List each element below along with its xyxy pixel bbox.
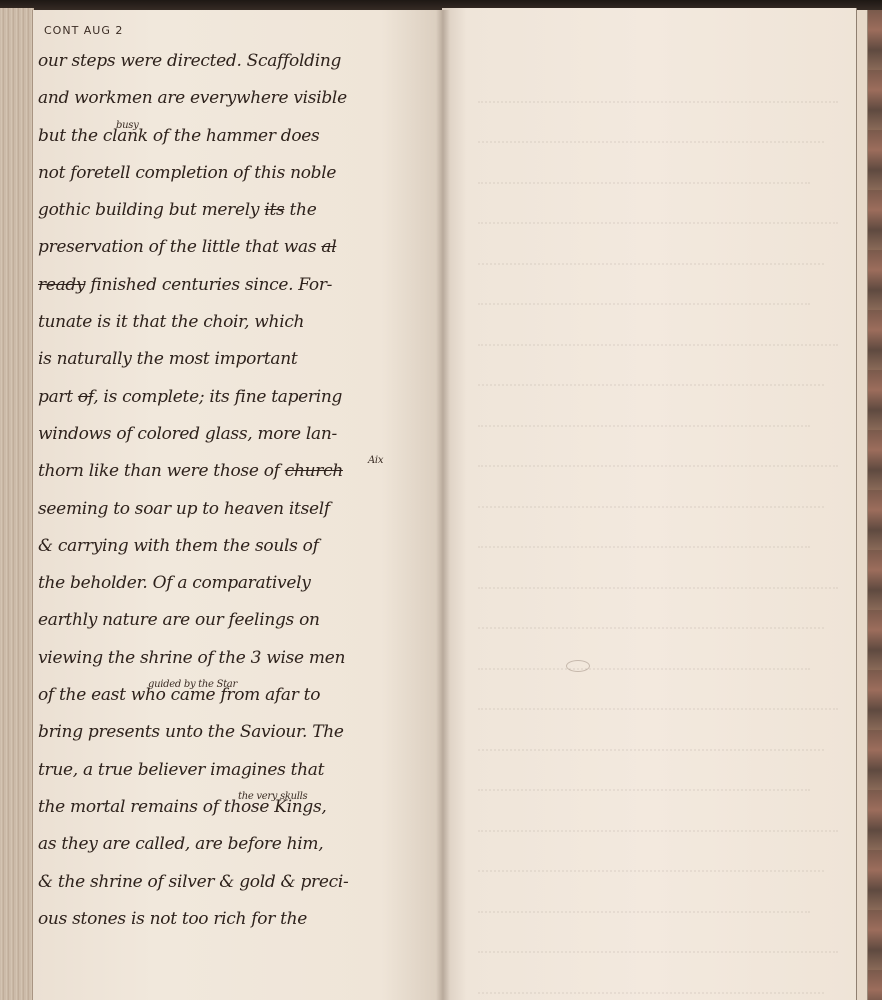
handwritten-line: preservation of the little that was al — [38, 232, 438, 269]
bleed-through-line — [478, 548, 838, 589]
left-page-edges — [0, 8, 34, 1000]
handwritten-line: & carrying with them the souls of — [38, 531, 438, 568]
struck-text: of — [78, 387, 93, 407]
bleed-through-line — [478, 710, 824, 751]
right-page-edges — [857, 10, 868, 1000]
handwritten-line: the beholder. Of a comparatively — [38, 568, 438, 605]
bleed-through-line — [478, 184, 838, 225]
bleed-through-line — [478, 508, 810, 549]
bleed-through-line — [478, 589, 824, 630]
bleed-through-line — [478, 751, 810, 792]
handwritten-line: is naturally the most important — [38, 344, 438, 381]
handwritten-line: earthly nature are our feelings on — [38, 605, 438, 642]
book-gutter — [436, 10, 450, 1000]
handwritten-line: of the east who came from afar toguided … — [38, 680, 438, 717]
handwritten-line: viewing the shrine of the 3 wise men — [38, 643, 438, 680]
bleed-through-line — [478, 670, 838, 711]
handwritten-line: the mortal remains of those Kings,the ve… — [38, 792, 438, 829]
handwritten-line: tunate is it that the choir, which — [38, 307, 438, 344]
bleed-through-line — [478, 386, 810, 427]
bleed-through-text — [478, 62, 838, 994]
handwritten-line: part of, is complete; its fine tapering — [38, 382, 438, 419]
handwritten-line: as they are called, are before him, — [38, 829, 438, 866]
bleed-through-line — [478, 467, 824, 508]
book-cover-edge — [868, 10, 882, 1000]
bleed-through-line — [478, 346, 824, 387]
struck-text: church — [285, 461, 343, 481]
bleed-through-line — [478, 913, 838, 954]
bleed-through-line — [478, 62, 838, 103]
handwritten-line: but the clank of the hammer doesbusy — [38, 121, 438, 158]
bleed-through-line — [478, 305, 838, 346]
bleed-through-line — [478, 832, 824, 873]
handwritten-line: seeming to soar up to heaven itself — [38, 494, 438, 531]
bleed-through-line — [478, 103, 824, 144]
struck-text: al — [321, 237, 336, 257]
handwritten-line: gothic building but merely its the — [38, 195, 438, 232]
handwritten-line: ous stones is not too rich for the — [38, 904, 438, 941]
bleed-through-line — [478, 629, 810, 670]
handwritten-line: bring presents unto the Saviour. The — [38, 717, 438, 754]
handwritten-line: ready finished centuries since. For- — [38, 270, 438, 307]
handwritten-line: and workmen are everywhere visible — [38, 83, 438, 120]
handwritten-line: our steps were directed. Scaffolding — [38, 46, 438, 83]
handwritten-line: thorn like than were those of churchAix — [38, 456, 438, 493]
struck-text: ready — [38, 275, 85, 295]
interlinear-insertion: busy — [116, 111, 138, 141]
struck-text: its — [264, 200, 284, 220]
handwritten-line: not foretell completion of this noble — [38, 158, 438, 195]
page-header-note: CONT AUG 2 — [44, 24, 123, 37]
handwritten-text-block: our steps were directed. Scaffoldingand … — [38, 46, 438, 941]
bleed-through-line — [478, 265, 810, 306]
bleed-through-line — [478, 224, 824, 265]
bleed-through-line — [478, 427, 838, 468]
ink-mark — [566, 660, 590, 672]
handwritten-line: & the shrine of silver & gold & preci- — [38, 867, 438, 904]
bleed-through-line — [478, 791, 838, 832]
interlinear-insertion: guided by the Star — [148, 670, 237, 700]
interlinear-insertion: Aix — [368, 446, 383, 476]
interlinear-insertion: the very skulls — [238, 782, 307, 812]
bleed-through-line — [478, 872, 810, 913]
bleed-through-line — [478, 953, 824, 994]
bleed-through-line — [478, 143, 810, 184]
